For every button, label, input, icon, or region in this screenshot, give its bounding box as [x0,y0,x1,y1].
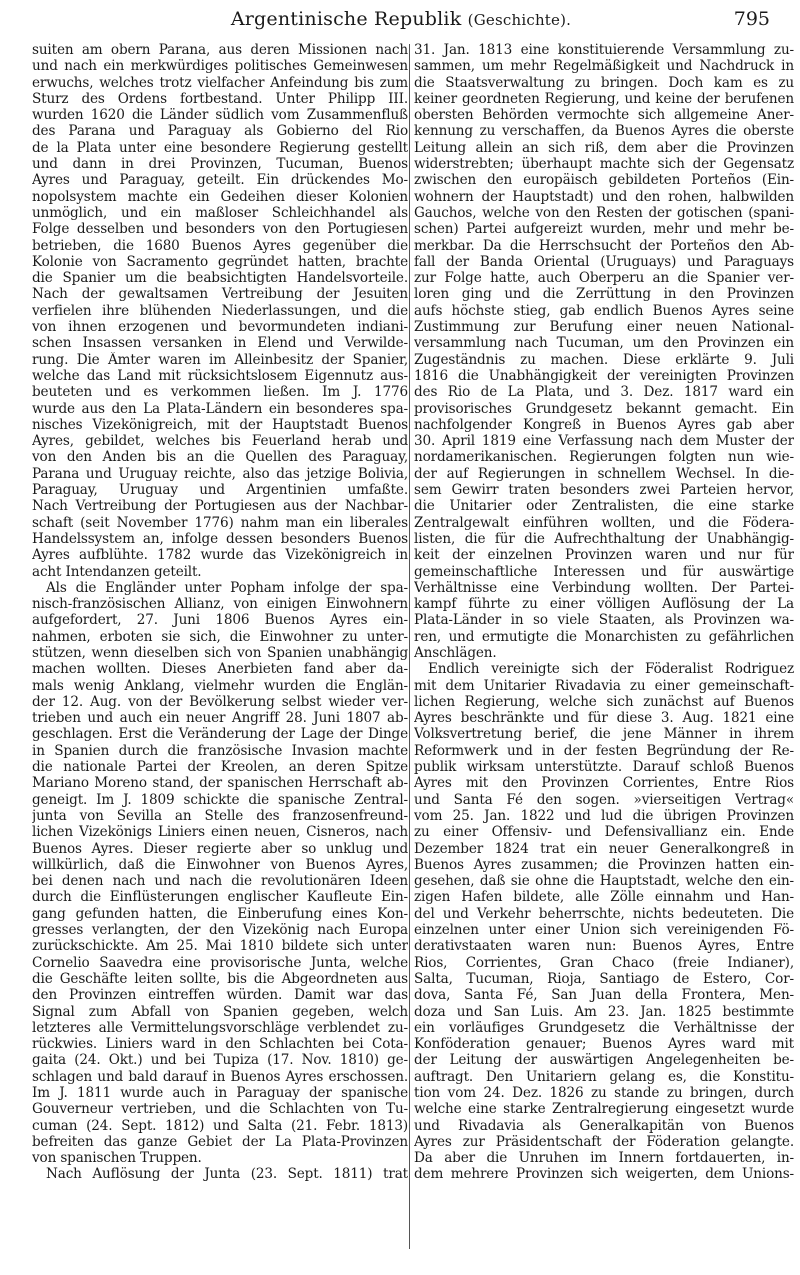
page-number: 795 [734,8,770,30]
text-line: sem Gewirr traten besonders zwei Parteie… [414,482,794,498]
text-line: dem mehrere Provinzen sich weigerten, de… [414,1166,794,1182]
text-line: geneigt. Im J. 1809 schickte die spanisc… [32,792,408,808]
text-line: nachfolgender Kongreß in Buenos Ayres ga… [414,417,794,433]
text-line: des Rio de La Plata, und 3. Dez. 1817 wa… [414,384,794,400]
text-line: Leitung allein an sich riß, dem aber die… [414,140,794,156]
text-line: nahmen, erboten sie sich, die Einwohner … [32,629,408,645]
text-line: schen Insassen versanken in Elend und Ve… [32,335,408,351]
text-line: Nach Vertreibung der Portugiesen aus der… [32,498,408,514]
text-line: die Geschäfte leiten sollte, bis die Abg… [32,971,408,987]
text-line: dova, Santa Fé, San Juan della Frontera,… [414,987,794,1003]
text-line: schen) Partei aufgereizt wurden, mehr un… [414,221,794,237]
text-line: Nach Auflösung der Junta (23. Sept. 1811… [32,1166,408,1182]
text-line: Anschlägen. [414,645,794,661]
text-line: und Santa Fé den sogen. »vierseitigen Ve… [414,792,794,808]
text-line: Parana und Uruguay reichte, also das jet… [32,466,408,482]
text-line: erwuchs, welches trotz vielfacher Anfein… [32,75,408,91]
right-text-column: 31. Jan. 1813 eine konstituierende Versa… [414,42,794,1183]
text-line: junta von Sevilla an Stelle des franzose… [32,808,408,824]
text-line: merkbar. Da die Herrschsucht der Porteño… [414,238,794,254]
text-line: Kolonie von Sacramento gegründet hatten,… [32,254,408,270]
text-line: del und Verkehr beherrschte, nichts bede… [414,906,794,922]
running-header: Argentinische Republik (Geschichte). 795 [32,6,770,34]
text-line: cuman (24. Sept. 1812) und Salta (21. Fe… [32,1118,408,1134]
text-line: auftragt. Den Unitariern gelang es, die … [414,1069,794,1085]
text-line: rückwies. Liniers ward in den Schlachten… [32,1036,408,1052]
text-line: listen, die für die Aufrechthaltung der … [414,531,794,547]
text-line: kampf führte zu einer völligen Auflösung… [414,596,794,612]
text-line: und Rivadavia als Generalkapitän von Bue… [414,1118,794,1134]
text-line: nisches Vizekönigreich, mit der Hauptsta… [32,417,408,433]
text-line: Zentralgewalt einführen wollten, und die… [414,515,794,531]
text-line: unmöglich, und ein maßloser Schleichhand… [32,205,408,221]
text-line: beuteten und es verkommen ließen. Im J. … [32,384,408,400]
text-line: zur Folge hatte, auch Oberperu an die Sp… [414,270,794,286]
text-line: gaita (24. Okt.) und bei Tupiza (17. Nov… [32,1052,408,1068]
text-line: Salta, Tucuman, Rioja, Santiago de Ester… [414,971,794,987]
text-line: Mariano Moreno stand, der spanischen Her… [32,775,408,791]
text-line: der auf Regierungen in schnellem Wechsel… [414,466,794,482]
text-line: versammlung nach Tucuman, um den Provinz… [414,335,794,351]
text-line: und dann in drei Provinzen, Tucuman, Bue… [32,156,408,172]
text-line: Da aber die Unruhen im Innern fortdauert… [414,1150,794,1166]
text-line: widerstrebten; überhaupt machte sich der… [414,156,794,172]
text-line: letzteres alle Vermittelungsvorschläge v… [32,1020,408,1036]
text-line: Volksvertretung berief, die jene Männer … [414,726,794,742]
text-line: 30. April 1819 eine Verfassung nach dem … [414,433,794,449]
text-line: den Provinzen eintreffen würden. Damit w… [32,987,408,1003]
article-subtitle: (Geschichte). [468,11,571,29]
text-line: in Spanien durch die französische Invasi… [32,743,408,759]
text-line: tion vom 24. Dez. 1826 zu stande zu brin… [414,1085,794,1101]
text-line: trieben und auch ein neuer Angriff 28. J… [32,710,408,726]
text-line: Cornelio Saavedra eine provisorische Jun… [32,955,408,971]
text-line: Zustimmung zur Berufung einer neuen Nati… [414,319,794,335]
text-line: obersten Behörden vermochte sich allgeme… [414,107,794,123]
text-line: und nach ein merkwürdiges politisches Ge… [32,58,408,74]
text-line: Dezember 1824 trat ein neuer Generalkong… [414,841,794,857]
text-line: suiten am obern Parana, aus deren Missio… [32,42,408,58]
text-line: Rios, Corrientes, Gran Chaco (freie Indi… [414,955,794,971]
text-line: Signal zum Abfall von Spanien gegeben, w… [32,1004,408,1020]
text-line: machen wollten. Dieses Anerbieten fand a… [32,661,408,677]
text-line: 1816 die Unabhängigkeit der vereinigten … [414,368,794,384]
text-line: stützen, wenn dieselben sich von Spanien… [32,645,408,661]
text-line: bei denen nach und nach die revolutionär… [32,873,408,889]
text-line: welche eine starke Zentralregierung eing… [414,1101,794,1117]
text-line: durch die Einflüsterungen englischer Kau… [32,889,408,905]
text-line: gresses verlangten, der den Vizekönig na… [32,922,408,938]
text-line: der 12. Aug. von der Bevölkerung selbst … [32,694,408,710]
text-line: de la Plata unter eine besondere Regieru… [32,140,408,156]
text-line: rung. Die Ämter waren im Alleinbesitz de… [32,352,408,368]
text-line: Zugeständnis zu machen. Diese erklärte 9… [414,352,794,368]
text-line: ren, und ermutigte die Monarchisten zu g… [414,629,794,645]
text-line: Buenos Ayres zusammen; die Provinzen hat… [414,857,794,873]
text-line: gang gefunden hatten, die Einberufung ei… [32,906,408,922]
text-line: die Spanier um die beabsichtigten Handel… [32,270,408,286]
text-line: Plata-Länder in so viele Staaten, als Pr… [414,612,794,628]
text-line: Ayres aufblühte. 1782 wurde das Vizeköni… [32,547,408,563]
text-line: keit der einzelnen Provinzen waren und n… [414,547,794,563]
text-line: des Parana und Paraguay als Gobierno del… [32,123,408,139]
text-line: Ayres zur Präsidentschaft der Föderation… [414,1134,794,1150]
text-line: die Staatsverwaltung zu bringen. Doch ka… [414,75,794,91]
text-line: Ayres und Paraguay, geteilt. Ein drücken… [32,172,408,188]
text-line: die nationale Partei der Kreolen, an der… [32,759,408,775]
text-line: vom 25. Jan. 1822 und lud die übrigen Pr… [414,808,794,824]
text-line: wurde aus den La Plata-Ländern ein beson… [32,401,408,417]
text-line: acht Intendanzen geteilt. [32,564,408,580]
text-line: einzelnen unter einer Union sich vereini… [414,922,794,938]
text-line: sammen, um mehr Regelmäßigkeit und Nachd… [414,58,794,74]
text-line: befreiten das ganze Gebiet der La Plata-… [32,1134,408,1150]
text-line: zigen Hafen bildete, alle Zölle einnahm … [414,889,794,905]
text-line: welche das Land mit rücksichtslosem Eige… [32,368,408,384]
text-line: lichen Vizekönigs Liniers einen neuen, C… [32,824,408,840]
text-line: Gauchos, welche von den Resten der gotis… [414,205,794,221]
text-line: zurückschickte. Am 25. Mai 1810 bildete … [32,938,408,954]
text-line: Handelssystem an, infolge dessen besonde… [32,531,408,547]
text-line: Endlich vereinigte sich der Föderalist R… [414,661,794,677]
text-line: nopolsystem machte ein Gedeihen dieser K… [32,189,408,205]
text-line: Nach der gewaltsamen Vertreibung der Jes… [32,286,408,302]
text-line: mit dem Unitarier Rivadavia zu einer gem… [414,678,794,694]
text-line: nisch-französischen Allianz, von einigen… [32,596,408,612]
page-title: Argentinische Republik (Geschichte). [32,8,770,30]
text-line: keiner geordneten Regierung, und keine d… [414,91,794,107]
text-line: zu einer Offensiv- und Defensivallianz e… [414,824,794,840]
article-title: Argentinische Republik [231,8,462,30]
text-line: lichen Regierung, welche sich zunächst a… [414,694,794,710]
text-line: Buenos Ayres. Dieser regierte aber so un… [32,841,408,857]
text-line: aufgefordert, 27. Juni 1806 Buenos Ayres… [32,612,408,628]
text-line: derativstaaten waren nun: Buenos Ayres, … [414,938,794,954]
text-line: schaft (seit November 1776) nahm man ein… [32,515,408,531]
text-line: willkürlich, daß die Einwohner von Bueno… [32,857,408,873]
text-line: 31. Jan. 1813 eine konstituierende Versa… [414,42,794,58]
text-line: schlagen und bald darauf in Buenos Ayres… [32,1069,408,1085]
text-line: wurden 1620 die Länder südlich vom Zusam… [32,107,408,123]
text-line: wohnern der Hauptstadt) und den rohen, h… [414,189,794,205]
text-line: Konföderation genauer; Buenos Ayres ward… [414,1036,794,1052]
text-line: Als die Engländer unter Popham infolge d… [32,580,408,596]
text-line: die Unitarier oder Zentralisten, die ein… [414,498,794,514]
text-line: geschlagen. Erst die Veränderung der Lag… [32,726,408,742]
text-line: provisorisches Grundgesetz bekannt gemac… [414,401,794,417]
text-line: Reformwerk und in der festen Begründung … [414,743,794,759]
text-line: verfielen ihre blühenden Niederlassungen… [32,303,408,319]
text-line: kennung zu verschaffen, da Buenos Ayres … [414,123,794,139]
text-line: Sturz des Ordens fortbestand. Unter Phil… [32,91,408,107]
text-line: mals wenig Anklang, vielmehr wurden die … [32,678,408,694]
text-line: der Leitung der auswärtigen Angelegenhei… [414,1052,794,1068]
text-line: Ayres mit den Provinzen Corrientes, Entr… [414,775,794,791]
text-line: betrieben, die 1680 Buenos Ayres gegenüb… [32,238,408,254]
text-line: von den Anden bis an die Quellen des Par… [32,449,408,465]
column-divider [409,44,410,1249]
text-line: Im J. 1811 wurde auch in Paraguay der sp… [32,1085,408,1101]
text-line: publik wirksam unterstützte. Darauf schl… [414,759,794,775]
text-line: gesehen, daß sie ohne die Hauptstadt, we… [414,873,794,889]
text-line: Gouverneur vertrieben, und die Schlachte… [32,1101,408,1117]
text-line: gemeinschaftliche Interessen und für aus… [414,564,794,580]
text-line: von ihnen erzogenen und bevormundeten in… [32,319,408,335]
text-line: loren ging und die Zerrüttung in den Pro… [414,286,794,302]
text-line: ein vorläufiges Grundgesetz die Verhältn… [414,1020,794,1036]
text-line: nordamerikanischen. Regierungen folgten … [414,449,794,465]
left-text-column: suiten am obern Parana, aus deren Missio… [32,42,408,1183]
text-line: von spanischen Truppen. [32,1150,408,1166]
text-line: doza und San Luis. Am 23. Jan. 1825 best… [414,1004,794,1020]
text-line: fall der Banda Oriental (Uruguays) und P… [414,254,794,270]
text-line: aufs höchste stieg, gab endlich Buenos A… [414,303,794,319]
text-line: Ayres beschränkte und für diese 3. Aug. … [414,710,794,726]
text-line: Paraguay, Uruguay und Argentinien umfaßt… [32,482,408,498]
text-line: Ayres, gebildet, welches bis Feuerland h… [32,433,408,449]
text-line: zwischen den europäisch gebildeten Porte… [414,172,794,188]
text-line: Folge desselben und besonders von den Po… [32,221,408,237]
text-line: Verhältnisse eine Verbindung wollten. De… [414,580,794,596]
